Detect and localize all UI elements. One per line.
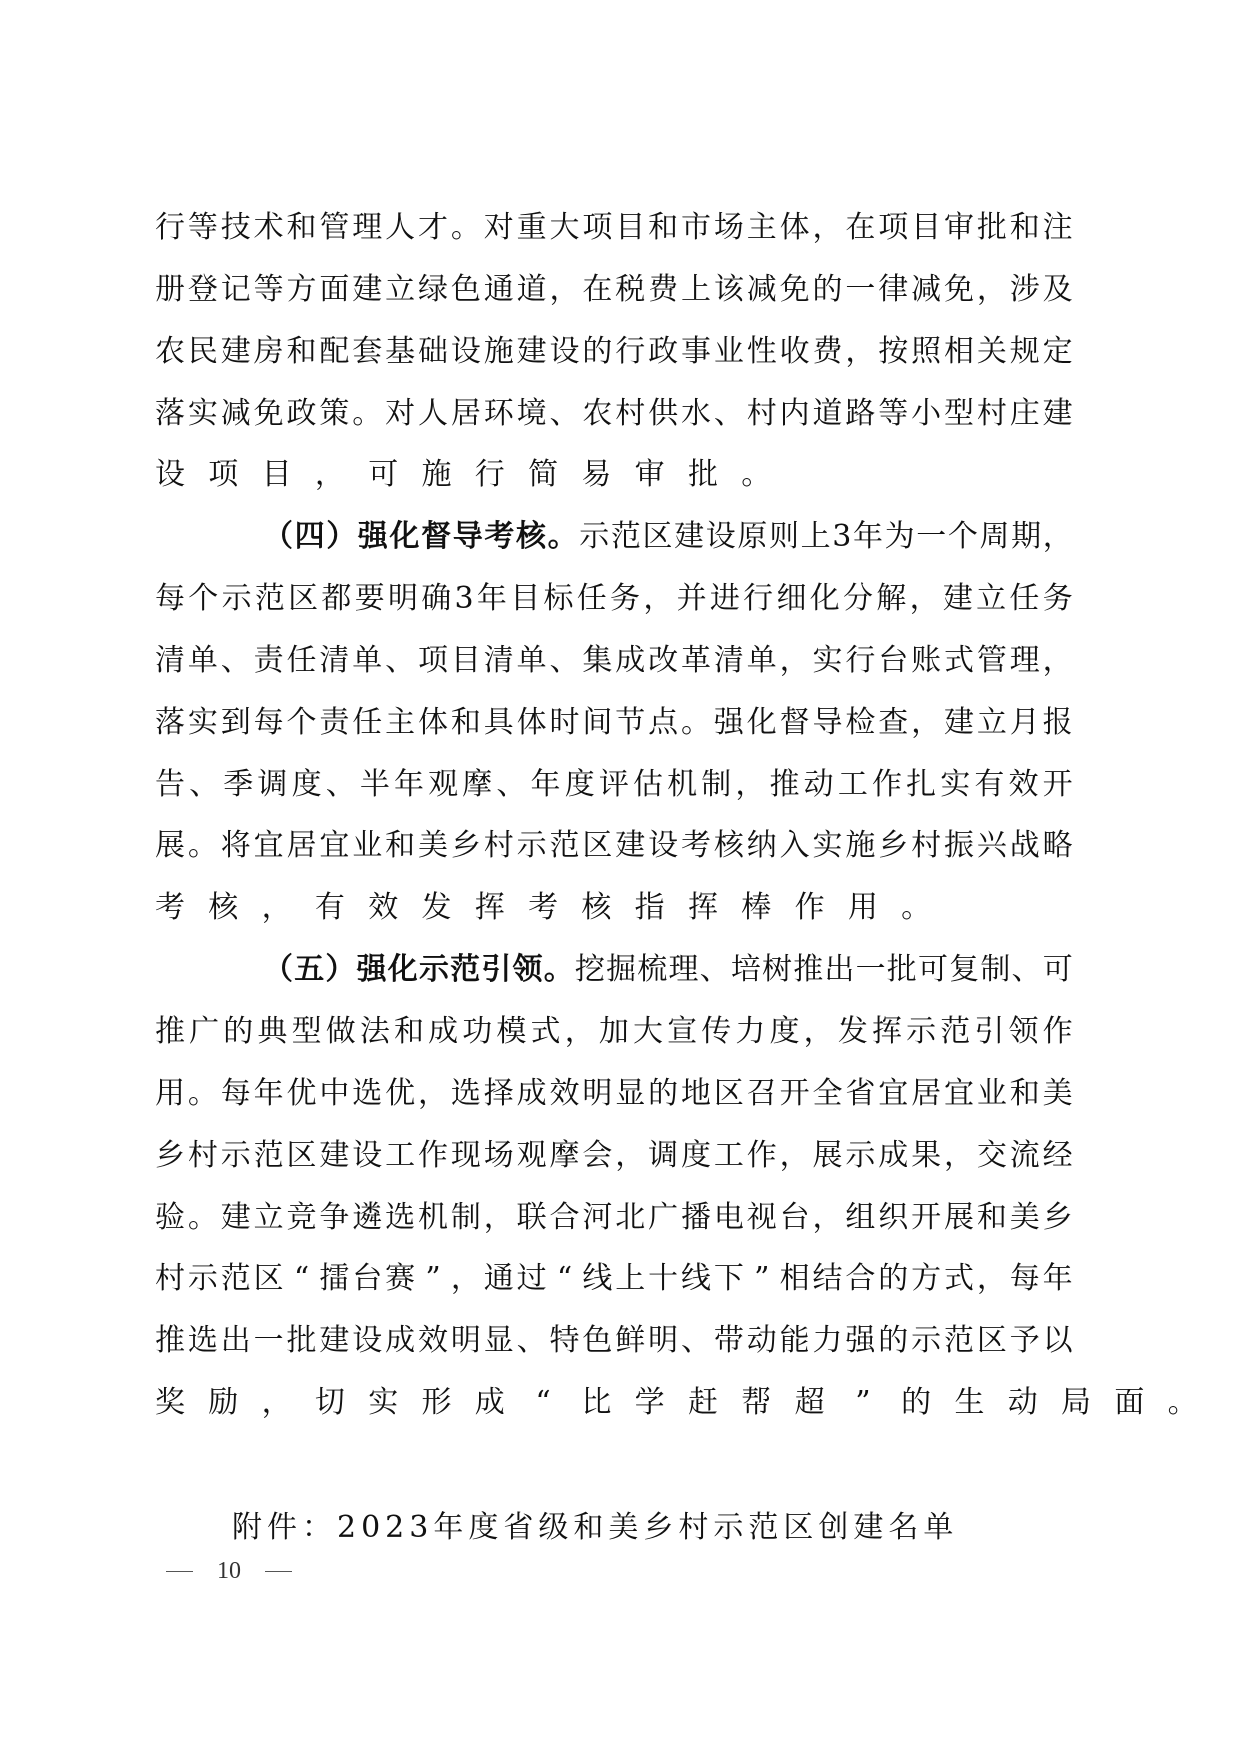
p-section-5-line: 乡村示范区建设工作现场观摩会，调度工作，展示成果，交流经 xyxy=(155,1125,1073,1187)
p-section-5-line: 验。建立竞争遴选机制，联合河北广播电视台，组织开展和美乡 xyxy=(155,1187,1073,1249)
p-section-4-line: 考核，有效发挥考核指挥棒作用。 xyxy=(155,877,1073,939)
p-section-5-line: 推选出一批建设成效明显、特色鲜明、带动能力强的示范区予以 xyxy=(155,1310,1073,1372)
p-continuation-line: 落实减免政策。对人居环境、农村供水、村内道路等小型村庄建 xyxy=(155,383,1073,445)
p-section-4-line: 每个示范区都要明确3年目标任务，并进行细化分解，建立任务 xyxy=(155,568,1073,630)
attachment-note: 附件：2023年度省级和美乡村示范区创建名单 xyxy=(232,1508,958,1548)
page-number-value: 10 xyxy=(217,1558,241,1585)
body-text: 行等技术和管理人才。对重大项目和市场主体，在项目审批和注册登记等方面建立绿色通道… xyxy=(155,197,1073,1434)
p-section-5-line: 用。每年优中选优，选择成效明显的地区召开全省宜居宜业和美 xyxy=(155,1063,1073,1125)
p-section-4-line: 告、季调度、半年观摩、年度评估机制，推动工作扎实有效开 xyxy=(155,754,1073,816)
page-number: 10 xyxy=(166,1556,292,1586)
p-section-4-line: 清单、责任清单、项目清单、集成改革清单，实行台账式管理， xyxy=(155,630,1073,692)
p-section-4-line: 落实到每个责任主体和具体时间节点。强化督导检查，建立月报 xyxy=(155,692,1073,754)
p-continuation-line: 行等技术和管理人才。对重大项目和市场主体，在项目审批和注 xyxy=(155,197,1073,259)
p-continuation-line: 册登记等方面建立绿色通道，在税费上该减免的一律减免，涉及 xyxy=(155,259,1073,321)
p-section-4-line: （四）强化督导考核。示范区建设原则上3年为一个周期， xyxy=(155,506,1073,568)
p-section-5-line: 推广的典型做法和成功模式，加大宣传力度，发挥示范引领作 xyxy=(155,1001,1073,1063)
page-number-dash-right xyxy=(265,1571,292,1572)
page-number-dash-left xyxy=(166,1571,193,1572)
p-section-5-line: 奖励，切实形成“比学赶帮超”的生动局面。 xyxy=(155,1372,1073,1434)
p-continuation-line: 农民建房和配套基础设施建设的行政事业性收费，按照相关规定 xyxy=(155,321,1073,383)
document-page: 行等技术和管理人才。对重大项目和市场主体，在项目审批和注册登记等方面建立绿色通道… xyxy=(0,0,1240,1754)
p-section-5-line: 村示范区“擂台赛”，通过“线上十线下”相结合的方式，每年 xyxy=(155,1248,1073,1310)
p-section-5-line: （五）强化示范引领。挖掘梳理、培树推出一批可复制、可 xyxy=(155,939,1073,1001)
p-continuation-line: 设项目，可施行简易审批。 xyxy=(155,444,1073,506)
p-section-4-line: 展。将宜居宜业和美乡村示范区建设考核纳入实施乡村振兴战略 xyxy=(155,815,1073,877)
